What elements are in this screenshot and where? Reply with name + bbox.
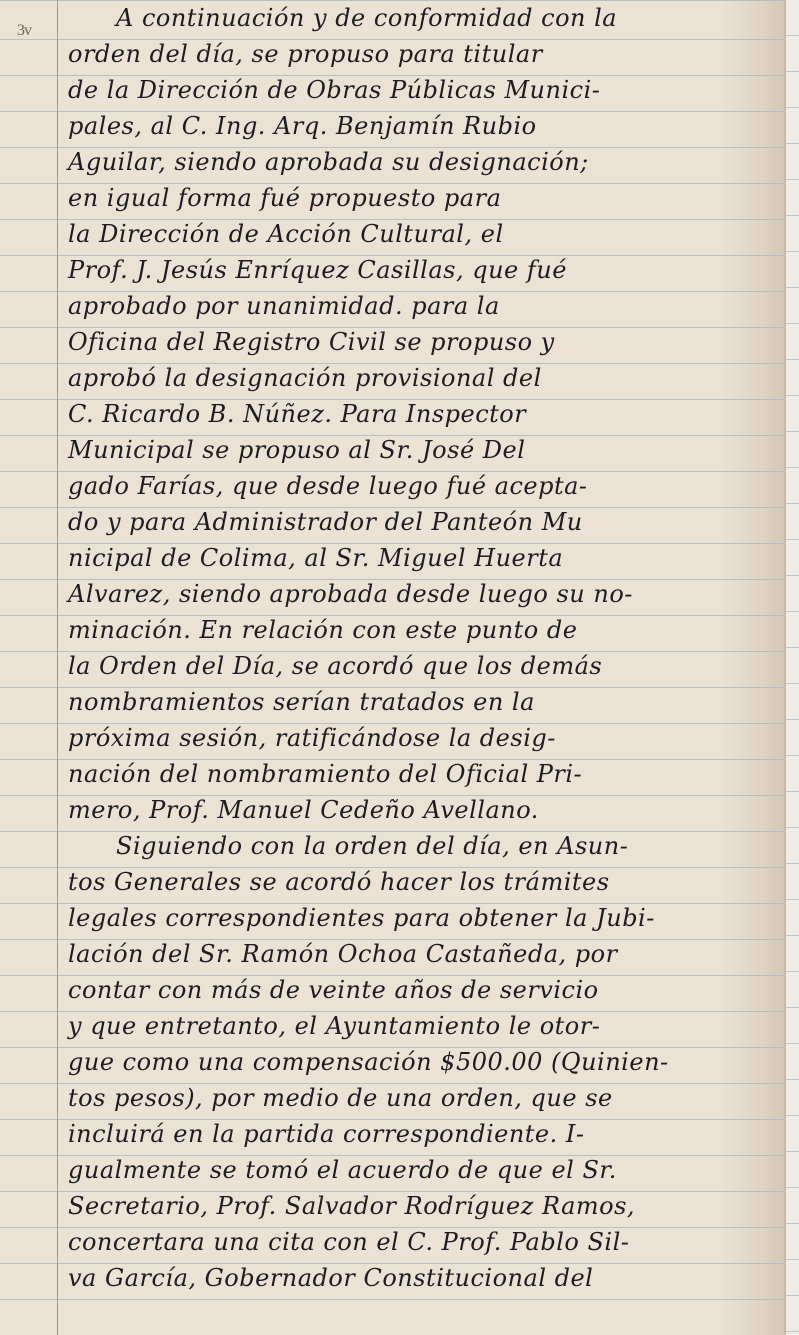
text-line: la Dirección de Acción Cultural, el bbox=[68, 220, 504, 248]
text-line: orden del día, se propuso para titular bbox=[68, 40, 543, 68]
ledger-page: 3v A continuación y de conformidad con l… bbox=[0, 0, 784, 1335]
text-line: va García, Gobernador Constitucional del bbox=[68, 1264, 593, 1292]
text-line: contar con más de veinte años de servici… bbox=[68, 976, 599, 1004]
page-number: 3v bbox=[17, 22, 31, 40]
text-line: Prof. J. Jesús Enríquez Casillas, que fu… bbox=[68, 256, 567, 284]
red-margin-line bbox=[57, 0, 58, 1335]
text-line: Siguiendo con la orden del día, en Asun- bbox=[116, 832, 628, 860]
text-line: aprobado por unanimidad. para la bbox=[68, 292, 500, 320]
text-line: minación. En relación con este punto de bbox=[68, 616, 577, 644]
text-line: nación del nombramiento del Oficial Pri- bbox=[68, 760, 582, 788]
text-line: gado Farías, que desde luego fué acepta- bbox=[68, 472, 588, 500]
text-line: Oficina del Registro Civil se propuso y bbox=[68, 328, 555, 356]
text-line: gualmente se tomó el acuerdo de que el S… bbox=[68, 1156, 617, 1184]
text-line: legales correspondientes para obtener la… bbox=[68, 904, 655, 932]
text-line: de la Dirección de Obras Públicas Munici… bbox=[68, 76, 600, 104]
text-line: incluirá en la partida correspondiente. … bbox=[68, 1120, 584, 1148]
text-line: concertara una cita con el C. Prof. Pabl… bbox=[68, 1228, 629, 1256]
text-line: Secretario, Prof. Salvador Rodríguez Ram… bbox=[68, 1192, 635, 1220]
text-line: tos pesos), por medio de una orden, que … bbox=[68, 1084, 613, 1112]
text-line: Municipal se propuso al Sr. José Del bbox=[68, 436, 525, 464]
text-line: la Orden del Día, se acordó que los demá… bbox=[68, 652, 602, 680]
text-line: pales, al C. Ing. Arq. Benjamín Rubio bbox=[68, 112, 537, 140]
text-line: y que entretanto, el Ayuntamiento le oto… bbox=[68, 1012, 600, 1040]
text-line: en igual forma fué propuesto para bbox=[68, 184, 501, 212]
text-line: tos Generales se acordó hacer los trámit… bbox=[68, 868, 610, 896]
text-line: A continuación y de conformidad con la bbox=[116, 4, 617, 32]
text-line: próxima sesión, ratificándose la desig- bbox=[68, 724, 556, 752]
text-line: C. Ricardo B. Núñez. Para Inspector bbox=[68, 400, 526, 428]
text-line: lación del Sr. Ramón Ochoa Castañeda, po… bbox=[68, 940, 618, 968]
text-line: do y para Administrador del Panteón Mu bbox=[68, 508, 583, 536]
text-line: Aguilar, siendo aprobada su designación; bbox=[68, 148, 589, 176]
text-line: mero, Prof. Manuel Cedeño Avellano. bbox=[68, 796, 539, 824]
text-line: nicipal de Colima, al Sr. Miguel Huerta bbox=[68, 544, 563, 572]
text-line: gue como una compensación $500.00 (Quini… bbox=[68, 1048, 669, 1076]
text-line: nombramientos serían tratados en la bbox=[68, 688, 535, 716]
text-line: aprobó la designación provisional del bbox=[68, 364, 542, 392]
text-line: Alvarez, siendo aprobada desde luego su … bbox=[68, 580, 633, 608]
adjacent-page-edge bbox=[784, 0, 799, 1335]
